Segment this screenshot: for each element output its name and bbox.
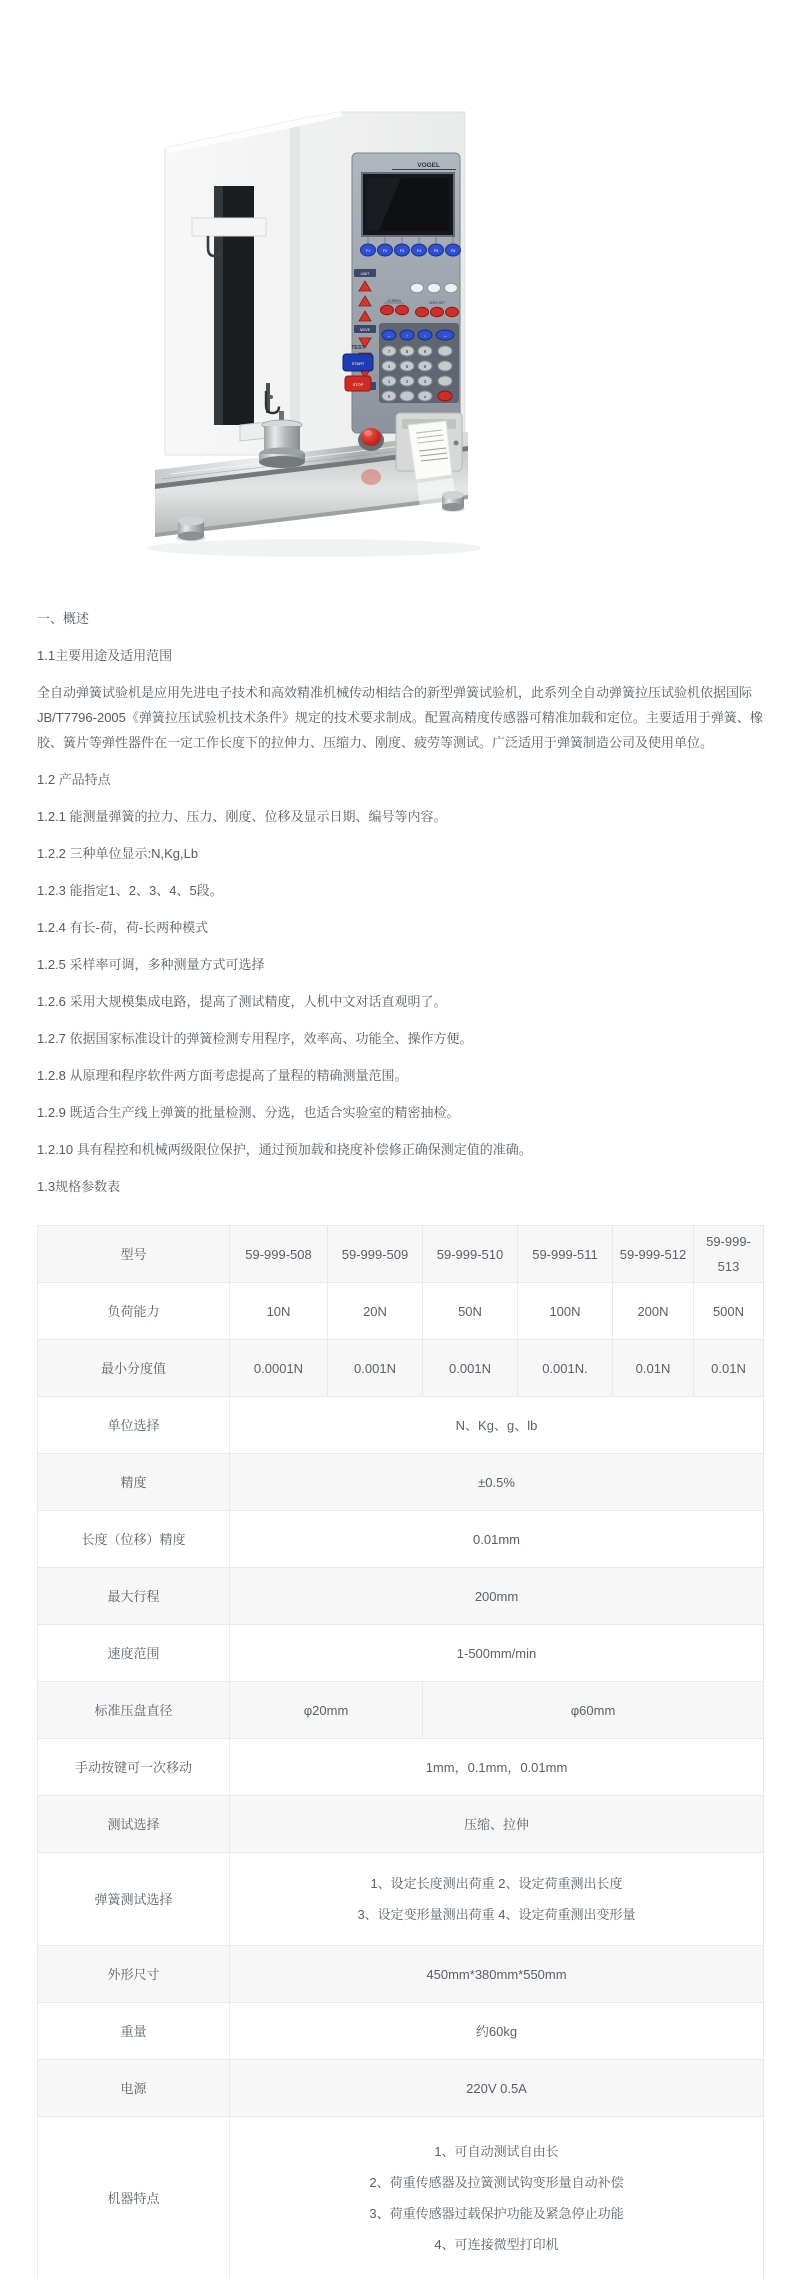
f6-label: F6 [451, 249, 455, 253]
feature-item: 1.2.3 能指定1、2、3、4、5段。 [37, 878, 763, 903]
value-cell: 压缩、拉伸 [230, 1796, 764, 1853]
feature-item: 1.2.5 采样率可调，多种测量方式可选择 [37, 952, 763, 977]
product-photo: VOGEL [0, 0, 800, 560]
mode-key[interactable] [445, 283, 458, 293]
arrow-right-glyph: → [443, 333, 448, 338]
aux-key[interactable] [438, 361, 452, 371]
table-row-model: 型号 59-999-508 59-999-509 59-999-510 59-9… [38, 1226, 764, 1283]
crosshead [192, 218, 266, 236]
table-row-machine-features: 机器特点 1、可自动测试自由长 2、荷重传感器及拉簧测试钩变形量自动补偿 3、荷… [38, 2117, 764, 2279]
machine-feature-line: 1、可自动测试自由长 [236, 2139, 757, 2164]
machine-feature-line: 4、可连接微型打印机 [236, 2232, 757, 2257]
table-row-speed-range: 速度范围 1-500mm/min [38, 1625, 764, 1682]
row-label: 速度范围 [38, 1625, 230, 1682]
move-label: MOVE [360, 328, 371, 332]
row-label: 电源 [38, 2060, 230, 2117]
row-label: 单位选择 [38, 1397, 230, 1454]
product-page: VOGEL [0, 0, 800, 2279]
f3-label: F3 [400, 249, 404, 253]
arrow-left-glyph: ← [387, 333, 392, 338]
table-row-accuracy: 精度 ±0.5% [38, 1454, 764, 1511]
zero-key[interactable] [446, 307, 459, 317]
value-cell: 50N [423, 1283, 518, 1340]
usage-paragraph: 全自动弹簧试验机是应用先进电子技术和高效精准机械传动相结合的新型弹簧试验机，此系… [37, 680, 763, 755]
machine-feature-line: 2、荷重传感器及拉簧测试钩变形量自动补偿 [236, 2170, 757, 2195]
mode-keys[interactable] [411, 283, 458, 293]
aux-key[interactable] [438, 346, 452, 356]
subsection-usage-heading: 1.1主要用途及适用范围 [37, 643, 763, 668]
value-cell: 0.01mm [230, 1511, 764, 1568]
row-label: 弹簧测试选择 [38, 1853, 230, 1946]
row-label: 重量 [38, 2003, 230, 2060]
brand-logo: VOGEL [417, 162, 440, 169]
limit-top-label: LIMIT [361, 272, 370, 276]
table-row-units: 单位选择 N、Kg、g、lb [38, 1397, 764, 1454]
start-label: START [352, 361, 365, 366]
zero-key[interactable] [431, 307, 444, 317]
subsection-features-heading: 1.2 产品特点 [37, 767, 763, 792]
key-dot: . [406, 394, 407, 399]
screen-key[interactable] [396, 305, 409, 315]
row-label: 最大行程 [38, 1568, 230, 1625]
arrow-down-glyph: ↓ [424, 333, 426, 338]
table-row-dimensions: 外形尺寸 450mm*380mm*550mm [38, 1946, 764, 2003]
table-row-weight: 重量 约60kg [38, 2003, 764, 2060]
printer-paper [408, 421, 452, 480]
row-label: 精度 [38, 1454, 230, 1511]
value-cell: 100N [518, 1283, 613, 1340]
table-row-load-capacity: 负荷能力 10N 20N 50N 100N 200N 500N [38, 1283, 764, 1340]
row-label: 长度（位移）精度 [38, 1511, 230, 1568]
feature-item: 1.2.10 具有程控和机械两级限位保护，通过预加载和挠度补偿修正确保测定值的准… [37, 1137, 763, 1162]
spring-test-line: 1、设定长度测出荷重 2、设定荷重测出长度 [236, 1871, 757, 1896]
screen-label: SCREEN [387, 299, 401, 303]
model-cell: 59-999-511 [518, 1226, 613, 1283]
row-label: 最小分度值 [38, 1340, 230, 1397]
feature-item: 1.2.8 从原理和程序软件两方面考虑提高了量程的精确测量范围。 [37, 1063, 763, 1088]
value-cell: N、Kg、g、lb [230, 1397, 764, 1454]
table-row-max-stroke: 最大行程 200mm [38, 1568, 764, 1625]
feature-item: 1.2.4 有长-荷，荷-长两种模式 [37, 915, 763, 940]
mode-key[interactable] [428, 283, 441, 293]
description-content: 一、概述 1.1主要用途及适用范围 全自动弹簧试验机是应用先进电子技术和高效精准… [0, 606, 800, 2279]
mode-key[interactable] [411, 283, 424, 293]
value-cell: 0.01N [694, 1340, 764, 1397]
feature-item: 1.2.2 三种单位显示:N,Kg,Lb [37, 841, 763, 866]
row-label: 测试选择 [38, 1796, 230, 1853]
model-cell: 59-999-513 [694, 1226, 764, 1283]
value-cell: 200mm [230, 1568, 764, 1625]
table-row-platen-diameter: 标准压盘直径 φ20mm φ60mm [38, 1682, 764, 1739]
f1-label: F1 [366, 249, 370, 253]
aux-key[interactable] [438, 376, 452, 386]
zero-set-label: ZERO SET [429, 301, 445, 305]
value-cell: 1mm，0.1mm，0.01mm [230, 1739, 764, 1796]
screen-key[interactable] [381, 305, 394, 315]
row-label: 型号 [38, 1226, 230, 1283]
value-cell: 220V 0.5A [230, 2060, 764, 2117]
table-row-manual-move: 手动按键可一次移动 1mm，0.1mm，0.01mm [38, 1739, 764, 1796]
row-label: 外形尺寸 [38, 1946, 230, 2003]
f4-label: F4 [417, 249, 421, 253]
value-cell: 200N [613, 1283, 694, 1340]
value-cell: 0.001N [328, 1340, 423, 1397]
zero-key[interactable] [416, 307, 429, 317]
feature-item: 1.2.1 能测量弹簧的拉力、压力、刚度、位移及显示日期、编号等内容。 [37, 804, 763, 829]
arrow-up-glyph: ↑ [406, 333, 408, 338]
value-cell: 1、设定长度测出荷重 2、设定荷重测出长度 3、设定变形量测出荷重 4、设定荷重… [230, 1853, 764, 1946]
model-cell: 59-999-512 [613, 1226, 694, 1283]
control-panel: VOGEL [343, 153, 461, 433]
feature-item: 1.2.9 既适合生产线上弹簧的批量检测、分选，也适合实验室的精密抽检。 [37, 1100, 763, 1125]
table-row-spring-test-select: 弹簧测试选择 1、设定长度测出荷重 2、设定荷重测出长度 3、设定变形量测出荷重… [38, 1853, 764, 1946]
test-label: TEST [351, 345, 365, 351]
enter-key[interactable] [438, 391, 452, 401]
floor-reflection [147, 539, 480, 557]
value-cell: 10N [230, 1283, 328, 1340]
subsection-spec-heading: 1.3规格参数表 [37, 1174, 763, 1199]
lcd-display [362, 173, 454, 236]
value-cell: 0.01N [613, 1340, 694, 1397]
model-cell: 59-999-510 [423, 1226, 518, 1283]
row-label: 手动按键可一次移动 [38, 1739, 230, 1796]
table-row-length-accuracy: 长度（位移）精度 0.01mm [38, 1511, 764, 1568]
value-cell: 约60kg [230, 2003, 764, 2060]
value-cell: 1-500mm/min [230, 1625, 764, 1682]
value-cell: φ20mm [230, 1682, 423, 1739]
value-cell: 450mm*380mm*550mm [230, 1946, 764, 2003]
numeric-keypad[interactable]: ← ↑ ↓ → 7 8 9 4 5 6 [379, 323, 459, 403]
table-row-test-select: 测试选择 压缩、拉伸 [38, 1796, 764, 1853]
f2-label: F2 [383, 249, 387, 253]
spec-table: 型号 59-999-508 59-999-509 59-999-510 59-9… [37, 1225, 764, 2279]
value-cell: ±0.5% [230, 1454, 764, 1511]
row-label: 负荷能力 [38, 1283, 230, 1340]
value-cell: 0.001N. [518, 1340, 613, 1397]
spring-test-line: 3、设定变形量测出荷重 4、设定荷重测出变形量 [236, 1902, 757, 1927]
stop-label: STOP [353, 382, 364, 387]
row-label: 机器特点 [38, 2117, 230, 2279]
table-row-resolution: 最小分度值 0.0001N 0.001N 0.001N 0.001N. 0.01… [38, 1340, 764, 1397]
model-cell: 59-999-508 [230, 1226, 328, 1283]
value-cell: 0.0001N [230, 1340, 328, 1397]
section-heading-overview: 一、概述 [37, 606, 763, 631]
row-label: 标准压盘直径 [38, 1682, 230, 1739]
value-cell: φ60mm [423, 1682, 764, 1739]
value-cell: 1、可自动测试自由长 2、荷重传感器及拉簧测试钩变形量自动补偿 3、荷重传感器过… [230, 2117, 764, 2279]
table-row-power: 电源 220V 0.5A [38, 2060, 764, 2117]
machine-feature-line: 3、荷重传感器过载保护功能及紧急停止功能 [236, 2201, 757, 2226]
f5-label: F5 [434, 249, 438, 253]
value-cell: 0.001N [423, 1340, 518, 1397]
feature-item: 1.2.6 采用大规模集成电路，提高了测试精度，人机中文对话直观明了。 [37, 989, 763, 1014]
estop-reflection [361, 469, 381, 485]
feature-item: 1.2.7 依据国家标准设计的弹簧检测专用程序，效率高、功能全、操作方便。 [37, 1026, 763, 1051]
spring-tester-machine-image: VOGEL [140, 85, 480, 560]
model-cell: 59-999-509 [328, 1226, 423, 1283]
value-cell: 20N [328, 1283, 423, 1340]
value-cell: 500N [694, 1283, 764, 1340]
